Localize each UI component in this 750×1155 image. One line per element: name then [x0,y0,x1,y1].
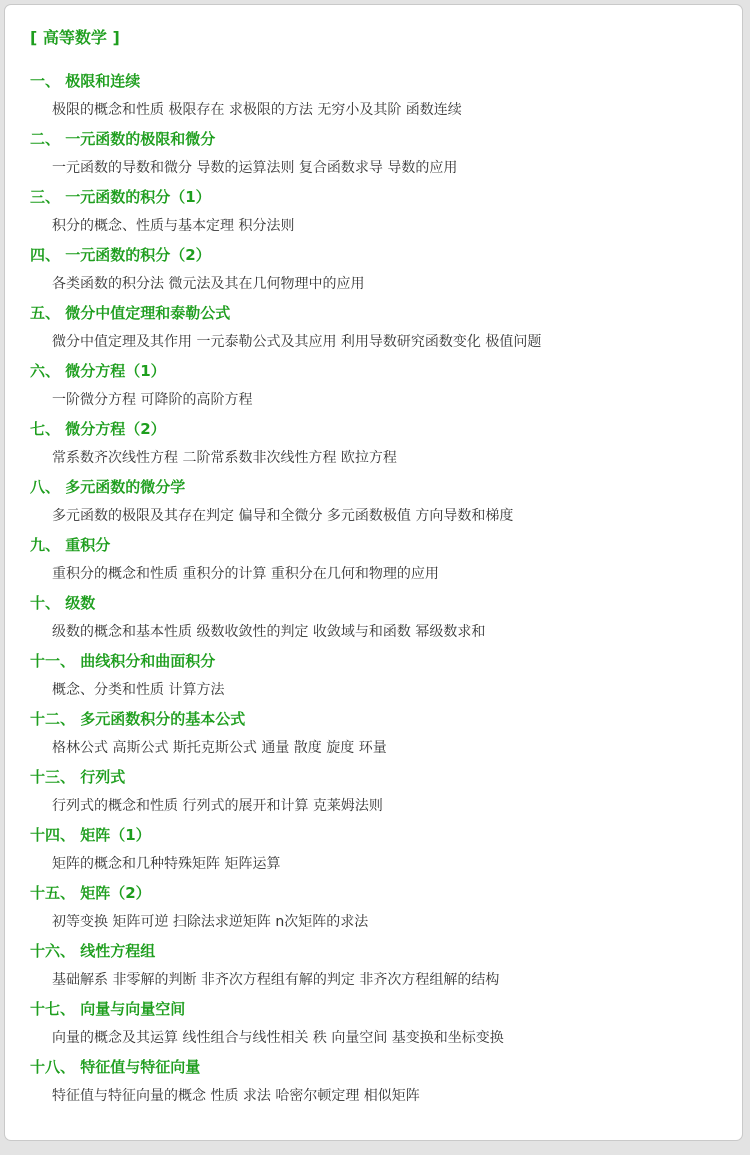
section-body: 行列式的概念和性质 行列式的展开和计算 克莱姆法则 [52,796,724,816]
syllabus-section: 十三、 行列式 行列式的概念和性质 行列式的展开和计算 克莱姆法则 [30,767,724,816]
section-heading: 四、 一元函数的积分（2） [30,245,724,265]
section-body: 概念、分类和性质 计算方法 [52,680,724,700]
syllabus-section: 九、 重积分 重积分的概念和性质 重积分的计算 重积分在几何和物理的应用 [30,535,724,584]
section-body: 积分的概念、性质与基本定理 积分法则 [52,216,724,236]
section-body: 特征值与特征向量的概念 性质 求法 哈密尔顿定理 相似矩阵 [52,1086,724,1106]
syllabus-section: 十八、 特征值与特征向量 特征值与特征向量的概念 性质 求法 哈密尔顿定理 相似… [30,1057,724,1106]
syllabus-section: 十、 级数 级数的概念和基本性质 级数收敛性的判定 收敛域与和函数 幂级数求和 [30,593,724,642]
section-heading: 八、 多元函数的微分学 [30,477,724,497]
page-title: [ 高等数学 ] [30,27,724,49]
section-heading: 十二、 多元函数积分的基本公式 [30,709,724,729]
section-body: 各类函数的积分法 微元法及其在几何物理中的应用 [52,274,724,294]
syllabus-section: 五、 微分中值定理和泰勒公式 微分中值定理及其作用 一元泰勒公式及其应用 利用导… [30,303,724,352]
section-body: 初等变换 矩阵可逆 扫除法求逆矩阵 n次矩阵的求法 [52,912,724,932]
section-heading: 十六、 线性方程组 [30,941,724,961]
syllabus-section: 七、 微分方程（2） 常系数齐次线性方程 二阶常系数非次线性方程 欧拉方程 [30,419,724,468]
section-heading: 十五、 矩阵（2） [30,883,724,903]
section-body: 常系数齐次线性方程 二阶常系数非次线性方程 欧拉方程 [52,448,724,468]
section-heading: 十、 级数 [30,593,724,613]
syllabus-section: 四、 一元函数的积分（2） 各类函数的积分法 微元法及其在几何物理中的应用 [30,245,724,294]
section-heading: 十八、 特征值与特征向量 [30,1057,724,1077]
section-heading: 十七、 向量与向量空间 [30,999,724,1019]
section-body: 级数的概念和基本性质 级数收敛性的判定 收敛域与和函数 幂级数求和 [52,622,724,642]
section-body: 矩阵的概念和几种特殊矩阵 矩阵运算 [52,854,724,874]
section-body: 格林公式 高斯公式 斯托克斯公式 通量 散度 旋度 环量 [52,738,724,758]
syllabus-section: 十七、 向量与向量空间 向量的概念及其运算 线性组合与线性相关 秩 向量空间 基… [30,999,724,1048]
section-heading: 二、 一元函数的极限和微分 [30,129,724,149]
syllabus-section: 八、 多元函数的微分学 多元函数的极限及其存在判定 偏导和全微分 多元函数极值 … [30,477,724,526]
syllabus-section: 十四、 矩阵（1） 矩阵的概念和几种特殊矩阵 矩阵运算 [30,825,724,874]
syllabus-section: 十五、 矩阵（2） 初等变换 矩阵可逆 扫除法求逆矩阵 n次矩阵的求法 [30,883,724,932]
section-body: 多元函数的极限及其存在判定 偏导和全微分 多元函数极值 方向导数和梯度 [52,506,724,526]
section-body: 一元函数的导数和微分 导数的运算法则 复合函数求导 导数的应用 [52,158,724,178]
section-body: 重积分的概念和性质 重积分的计算 重积分在几何和物理的应用 [52,564,724,584]
section-heading: 七、 微分方程（2） [30,419,724,439]
syllabus-section: 六、 微分方程（1） 一阶微分方程 可降阶的高阶方程 [30,361,724,410]
section-heading: 十一、 曲线积分和曲面积分 [30,651,724,671]
syllabus-section: 三、 一元函数的积分（1） 积分的概念、性质与基本定理 积分法则 [30,187,724,236]
section-heading: 十四、 矩阵（1） [30,825,724,845]
syllabus-section: 十六、 线性方程组 基础解系 非零解的判断 非齐次方程组有解的判定 非齐次方程组… [30,941,724,990]
section-body: 向量的概念及其运算 线性组合与线性相关 秩 向量空间 基变换和坐标变换 [52,1028,724,1048]
section-body: 极限的概念和性质 极限存在 求极限的方法 无穷小及其阶 函数连续 [52,100,724,120]
section-heading: 五、 微分中值定理和泰勒公式 [30,303,724,323]
syllabus-card: [ 高等数学 ] 一、 极限和连续 极限的概念和性质 极限存在 求极限的方法 无… [4,4,743,1141]
section-heading: 六、 微分方程（1） [30,361,724,381]
syllabus-section: 一、 极限和连续 极限的概念和性质 极限存在 求极限的方法 无穷小及其阶 函数连… [30,71,724,120]
section-body: 一阶微分方程 可降阶的高阶方程 [52,390,724,410]
section-heading: 三、 一元函数的积分（1） [30,187,724,207]
syllabus-section: 十二、 多元函数积分的基本公式 格林公式 高斯公式 斯托克斯公式 通量 散度 旋… [30,709,724,758]
syllabus-list: 一、 极限和连续 极限的概念和性质 极限存在 求极限的方法 无穷小及其阶 函数连… [30,71,724,1106]
syllabus-section: 十一、 曲线积分和曲面积分 概念、分类和性质 计算方法 [30,651,724,700]
section-body: 基础解系 非零解的判断 非齐次方程组有解的判定 非齐次方程组解的结构 [52,970,724,990]
section-body: 微分中值定理及其作用 一元泰勒公式及其应用 利用导数研究函数变化 极值问题 [52,332,724,352]
syllabus-section: 二、 一元函数的极限和微分 一元函数的导数和微分 导数的运算法则 复合函数求导 … [30,129,724,178]
section-heading: 一、 极限和连续 [30,71,724,91]
section-heading: 九、 重积分 [30,535,724,555]
section-heading: 十三、 行列式 [30,767,724,787]
